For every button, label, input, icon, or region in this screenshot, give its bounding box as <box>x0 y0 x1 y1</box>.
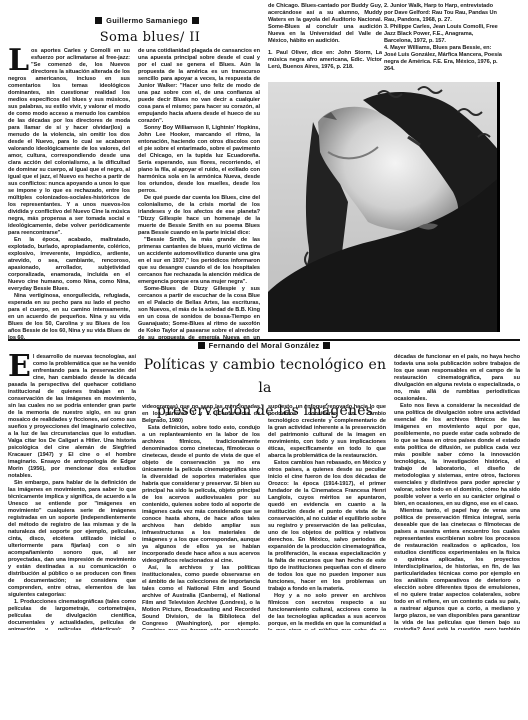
author-name: Guillermo Samaniego <box>106 16 188 25</box>
paragraph: En la época, acabado, maltratado, explot… <box>8 237 130 293</box>
dropcap: L <box>8 49 29 73</box>
paragraph: Some-Blues de Dizzy Gillespie y sus cerc… <box>138 286 260 339</box>
author-name: Fernando del Moral González <box>209 341 320 350</box>
article1-byline: Guillermo Samaniego <box>92 16 202 25</box>
singer-photo <box>268 82 500 332</box>
article1-column-1: L os aportes Carles y Comolli en su esfu… <box>8 48 130 339</box>
article1-column-2: de una cotidianidad plagada de cansancio… <box>138 48 260 339</box>
footnote: 1. Paul Oliver, dice en: John Storm, La … <box>268 50 382 71</box>
paragraph: Estos cambios han rebasado, en México y … <box>268 460 386 593</box>
article1-title: Soma blues/ II <box>60 30 240 45</box>
byline-square-icon <box>95 17 102 24</box>
paragraph: Esto nos lleva a considerar la necesidad… <box>394 403 520 508</box>
title-line-1: Políticas y cambio tecnológico en la <box>140 354 390 400</box>
paragraph: Sin embargo, para hablar de la definició… <box>8 480 136 599</box>
article2-column-1: E l desarrollo de nuevas tecnologías, as… <box>8 354 136 630</box>
article1-column-3: de Chicago. Blues-cantado por Buddy Guy,… <box>268 3 382 47</box>
paragraph: supuesto, un enfoque renovado hacia lo q… <box>268 404 386 460</box>
paragraph: os aportes Carles y Comolli en su esfuer… <box>8 48 130 237</box>
paragraph: Mientras tanto, el papel hay de veras un… <box>394 508 520 630</box>
article2-byline: Fernando del Moral González <box>190 340 338 350</box>
footnote: 3. Philippe Carles, Jean Louis Comolli, … <box>384 24 502 45</box>
paragraph: de una cotidianidad plagada de cansancio… <box>138 48 260 125</box>
footnote: 4. Mayer Williams, Blues para Bessie, en… <box>384 45 502 73</box>
article2-column-3: supuesto, un enfoque renovado hacia lo q… <box>268 404 386 630</box>
footnotes-left: 1. Paul Oliver, dice en: John Storm, La … <box>268 50 382 78</box>
paragraph: décadas de funcionar en el país, no haya… <box>394 354 520 403</box>
footnote: 2. Junior Walk, Harp to Harp, entrevista… <box>384 3 502 24</box>
paragraph: Esta definición, sobre todo esto, conduj… <box>142 425 260 565</box>
article2-column-4: décadas de funcionar en el país, no haya… <box>394 354 520 630</box>
paragraph: Hoy y a no solo prever en archivos fílmi… <box>268 593 386 630</box>
byline-square-icon <box>323 342 330 349</box>
paragraph: de Chicago. Blues-cantado por Buddy Guy,… <box>268 3 382 45</box>
paragraph: Sonny Boy Williamson II, Lightnin' Hopki… <box>138 125 260 195</box>
dropcap: E <box>8 355 31 379</box>
photo-illustration <box>268 82 500 332</box>
byline-square-icon <box>198 342 205 349</box>
paragraph: Así, la archivos y las políticas institu… <box>142 565 260 630</box>
paragraph: 1. Producciones cinematográficas (tales … <box>8 599 136 630</box>
paragraph: videogramas) que no sean las mencionadas… <box>142 404 260 425</box>
article2-column-2: videogramas) que no sean las mencionadas… <box>142 404 260 630</box>
paragraph: De qué puede dar cuenta los Blues, cine … <box>138 195 260 237</box>
paragraph: "Bessie Smith, la más grande de las prim… <box>138 237 260 286</box>
footnotes-right: 2. Junior Walk, Harp to Harp, entrevista… <box>384 3 502 79</box>
byline-square-icon <box>192 17 199 24</box>
paragraph: Nina vertiginosa, enorgullecida, refugia… <box>8 293 130 339</box>
